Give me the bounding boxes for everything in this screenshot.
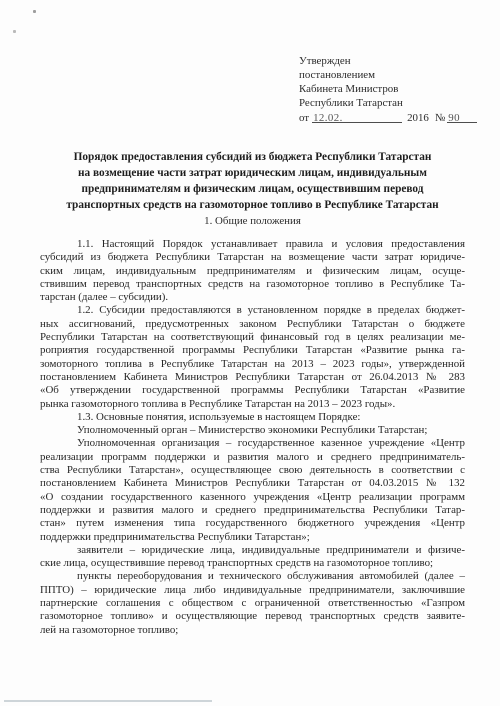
paragraph-line: поддержки и развития малого и среднего п…	[40, 504, 465, 517]
paragraph-line: пункты переоборудования и технического о…	[40, 570, 465, 583]
paragraph-line: стан» путем изменения типа государственн…	[40, 517, 465, 530]
title-line: транспортных средств на газомоторное топ…	[40, 197, 465, 213]
paragraph-line: роприятия государственной программы Респ…	[40, 344, 465, 357]
paragraph-line: постановлением Кабинета Министров Респуб…	[40, 371, 465, 384]
title-line: Порядок предоставления субсидий из бюдже…	[40, 149, 465, 165]
paragraph-line: ским лицам, индивидуальным предпринимате…	[40, 265, 465, 278]
paragraph-line: ППТО) – юридические лица либо индивидуал…	[40, 584, 465, 597]
number-sign: №	[435, 112, 445, 124]
paragraph-line: тарстан (далее – субсидии).	[40, 291, 465, 304]
paragraph-line: «О создании государственного казенного у…	[40, 491, 465, 504]
date-underline: 12.02.	[312, 111, 402, 123]
paragraph-line: Уполномоченная организация – государстве…	[40, 437, 465, 450]
body-paragraphs: 1.1. Настоящий Порядок устанавливает пра…	[40, 238, 465, 637]
paragraph-line: заявители – юридические лица, индивидуал…	[40, 544, 465, 557]
title-line: на возмещение части затрат юридическим л…	[40, 165, 465, 181]
paragraph-line: ства Республики Татарстан», осуществляющ…	[40, 464, 465, 477]
paragraph-line: 1.1. Настоящий Порядок устанавливает пра…	[40, 238, 465, 251]
scan-speck	[33, 10, 36, 13]
approval-line: Утвержден	[299, 54, 477, 68]
approval-line: Республики Татарстан	[299, 96, 477, 110]
paragraph-line: зомоторного топлива в Республике Татарст…	[40, 358, 465, 371]
approval-line: постановлением	[299, 68, 477, 82]
approval-block: Утвержден постановлением Кабинета Минист…	[299, 54, 477, 125]
title-line: предпринимателям и физическим лицам, осу…	[40, 181, 465, 197]
approval-line: Кабинета Министров	[299, 82, 477, 96]
year-text: 2016	[407, 112, 429, 124]
paragraph-line: лей на газомоторное топливо;	[40, 624, 465, 637]
paragraph-line: поддержки предпринимательства Республики…	[40, 531, 465, 544]
paragraph-line: «Об утверждении государственной программ…	[40, 384, 465, 397]
paragraph-line: постановлением Кабинета Министров Респуб…	[40, 477, 465, 490]
date-prefix: от	[299, 112, 309, 124]
document-page: Утвержден постановлением Кабинета Минист…	[0, 0, 500, 706]
number-value: 90	[447, 112, 460, 124]
paragraph-line: партнерские соглашения с обществом с огр…	[40, 597, 465, 610]
paragraph-line: ствившим перевод транспортных средств на…	[40, 278, 465, 291]
paragraph-line: Республики Татарстан на соответствующий …	[40, 331, 465, 344]
paragraph-line: реализации программ поддержки и развития…	[40, 451, 465, 464]
paragraph-line: 1.3. Основные понятия, используемые в на…	[40, 411, 465, 424]
approval-date-line: от12.02.2016№90	[299, 111, 477, 125]
scan-artifact-line	[4, 700, 212, 702]
paragraph-line: субсидий из бюджета Республики Татарстан…	[40, 251, 465, 264]
section-heading: 1. Общие положения	[40, 215, 465, 227]
paragraph-line: Уполномоченный орган – Министерство экон…	[40, 424, 465, 437]
paragraph-line: ские лица, осуществившие перевод транспо…	[40, 557, 465, 570]
number-underline: 90	[447, 111, 477, 123]
document-title: Порядок предоставления субсидий из бюдже…	[40, 149, 465, 213]
paragraph-line: газомоторное топливо» и осуществляющие п…	[40, 610, 465, 623]
paragraph-line: ных ассигнований, предусмотренных законо…	[40, 318, 465, 331]
paragraph-line: рынка газомоторного топлива в Республике…	[40, 398, 465, 411]
scan-speck	[13, 30, 16, 33]
paragraph-line: 1.2. Субсидии предоставляются в установл…	[40, 304, 465, 317]
date-value: 12.02.	[312, 112, 343, 124]
